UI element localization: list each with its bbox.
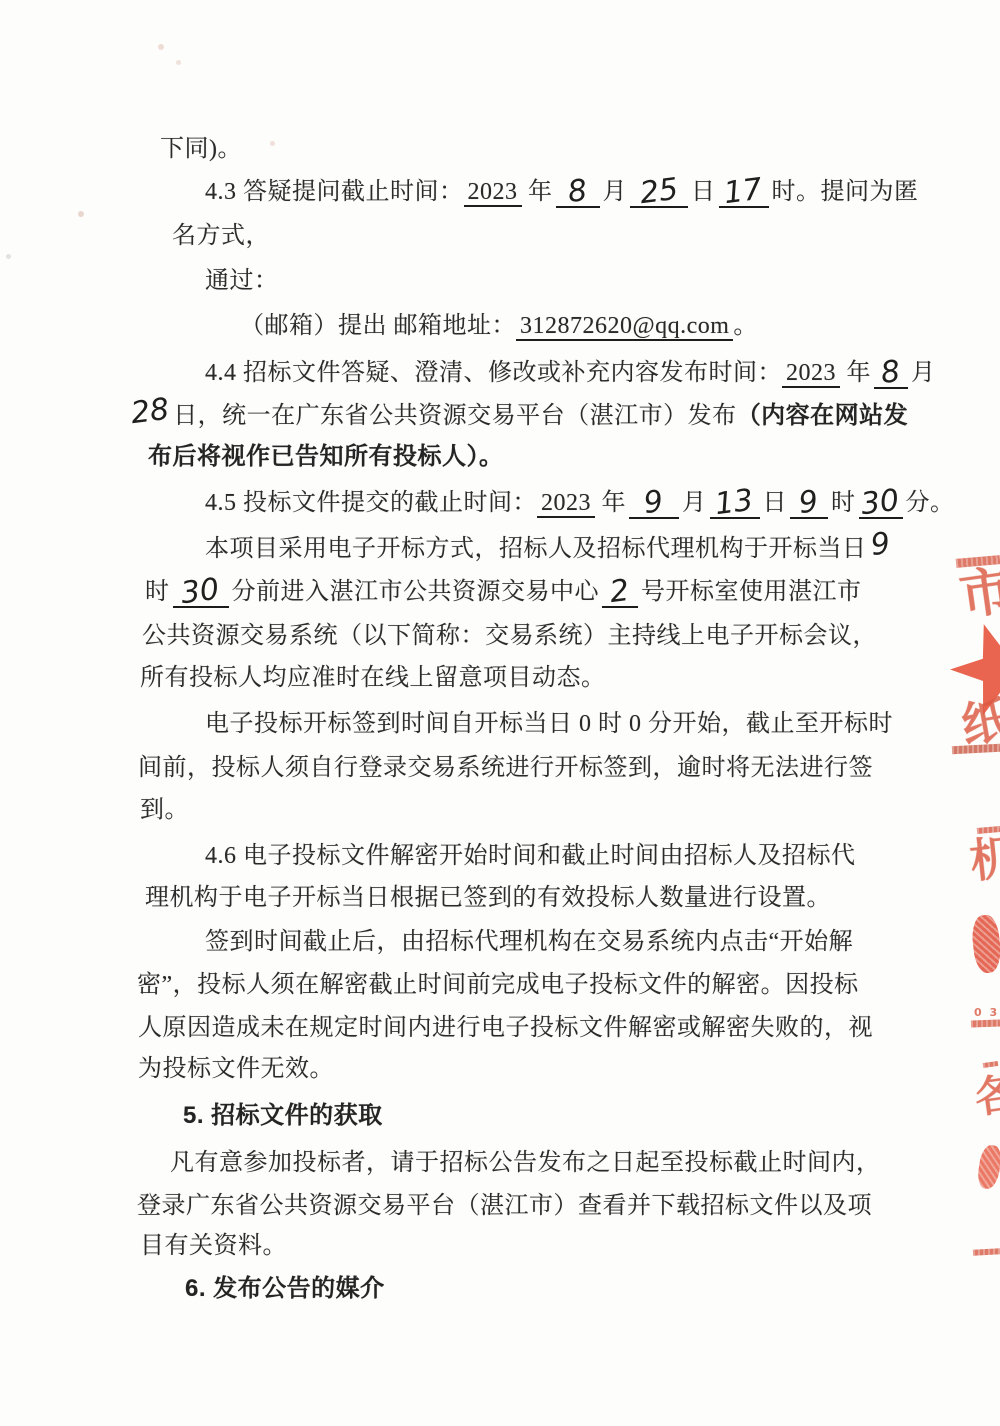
- document-line: 4.5 投标文件提交的截止时间：2023 年9月13日9时30分。: [205, 487, 955, 519]
- red-seal-bar-fragment: [983, 1061, 999, 1068]
- printed-text: 所有投标人均应准时在线上留意项目动态。: [140, 665, 606, 691]
- fill-in-blank: 8: [556, 176, 600, 208]
- document-line: 签到时间截止后，由招标代理机构在交易系统内点击“开始解: [205, 926, 853, 958]
- handwritten-value: 30: [180, 575, 222, 609]
- document-line: 间前，投标人须自行登录交易系统进行开标签到，逾时将无法进行签: [138, 752, 873, 784]
- handwritten-value: 9: [643, 487, 666, 519]
- printed-text: 到。: [140, 797, 189, 823]
- document-line: 下同)。: [160, 133, 242, 165]
- handwritten-value: 13: [714, 486, 756, 520]
- printed-text-bold: 布后将视作已告知所有投标人）。: [148, 443, 504, 470]
- printed-text: 日: [691, 179, 716, 205]
- handwritten-value: 25: [638, 175, 680, 209]
- printed-text: 号开标室使用湛江市: [641, 579, 862, 605]
- printed-text: 通过：: [205, 268, 279, 294]
- printed-text: 年: [595, 490, 626, 516]
- scan-speck: [78, 211, 84, 217]
- handwritten-value: 28: [129, 395, 171, 429]
- printed-text: 目有关资料。: [140, 1233, 287, 1259]
- document-line: 本项目采用电子开标方式，招标人及招标代理机构于开标当日9: [205, 532, 894, 565]
- printed-text: 4.4 招标文件答疑、澄清、修改或补充内容发布时间：: [205, 360, 782, 386]
- underlined-value: 2023: [537, 490, 595, 518]
- handwritten-value: 9: [798, 487, 821, 519]
- document-line: 5. 招标文件的获取: [183, 1100, 383, 1132]
- printed-text-bold: （内容在网站发: [737, 402, 909, 429]
- handwritten-value: 17: [723, 175, 765, 209]
- document-line: 电子投标开标签到时间自开标当日 0 时 0 分开始，截止至开标时: [205, 708, 893, 740]
- red-seal-character-fragment: 市: [957, 565, 1000, 624]
- red-seal-bar-fragment: [977, 826, 1000, 834]
- fill-in-blank: 30: [859, 487, 903, 519]
- handwritten-value: 30: [860, 486, 902, 520]
- document-line: 目有关资料。: [140, 1230, 287, 1262]
- printed-text: 签到时间截止后，由招标代理机构在交易系统内点击“开始解: [205, 929, 853, 955]
- printed-text: 年: [522, 179, 553, 205]
- red-seal-bar-fragment: [956, 555, 1000, 568]
- printed-text: 。: [733, 313, 758, 339]
- document-line: 人原因造成未在规定时间内进行电子投标文件解密或解密失败的，视: [138, 1012, 873, 1044]
- fill-in-blank: 9: [790, 487, 828, 519]
- document-line: 所有投标人均应准时在线上留意项目动态。: [140, 662, 606, 694]
- document-line: 理机构于电子开标当日根据已签到的有效投标人数量进行设置。: [145, 882, 831, 914]
- red-seal-number-fragment: 0 3: [974, 1006, 999, 1019]
- scan-speck: [270, 141, 275, 146]
- printed-text-bold: 6. 发布公告的媒介: [185, 1275, 385, 1302]
- red-seal-character-fragment: 机: [968, 834, 1000, 885]
- printed-text: 理机构于电子开标当日根据已签到的有效投标人数量进行设置。: [145, 885, 831, 911]
- printed-text: 公共资源交易系统（以下简称：交易系统）主持线上电子开标会议，: [142, 623, 877, 649]
- scan-speck: [158, 44, 164, 50]
- red-seal-blob-fragment: [970, 914, 1000, 975]
- printed-text: 人原因造成未在规定时间内进行电子投标文件解密或解密失败的，视: [138, 1015, 873, 1041]
- red-seal-bar-fragment: [973, 1248, 1000, 1255]
- fill-in-blank: 30: [173, 576, 229, 608]
- document-line: 为投标文件无效。: [138, 1053, 334, 1085]
- document-line: 密”，投标人须在解密截止时间前完成电子投标文件的解密。因投标: [137, 969, 859, 1001]
- document-line: 登录广东省公共资源交易平台（湛江市）查看并下载招标文件以及项: [137, 1190, 872, 1222]
- document-line: 4.6 电子投标文件解密开始时间和截止时间由招标人及招标代: [205, 840, 856, 872]
- printed-text: （邮箱）提出 邮箱地址：: [240, 313, 516, 339]
- handwritten-value: 9: [869, 529, 892, 561]
- red-seal-character-fragment: 纸: [958, 696, 1000, 752]
- red-seal-blob-fragment: [976, 1144, 1000, 1190]
- red-seal-character-fragment: 各: [972, 1072, 1000, 1119]
- printed-text: 时。提问为匿: [772, 179, 919, 205]
- document-line: 4.3 答疑提问截止时间：2023 年8月25日17时。提问为匿: [205, 176, 919, 208]
- document-line: 名方式，: [172, 220, 270, 252]
- underlined-value: 2023: [464, 179, 522, 207]
- printed-text: 时: [831, 490, 856, 516]
- fill-in-blank: 25: [630, 176, 688, 208]
- printed-text: 分。: [906, 490, 955, 516]
- document-line: 通过：: [205, 265, 279, 297]
- underlined-value: 2023: [782, 360, 840, 388]
- underlined-value: 312872620@qq.com: [516, 313, 733, 341]
- printed-text: 登录广东省公共资源交易平台（湛江市）查看并下载招标文件以及项: [137, 1193, 872, 1219]
- document-line: 公共资源交易系统（以下简称：交易系统）主持线上电子开标会议，: [142, 620, 877, 652]
- fill-in-blank: 9: [629, 487, 679, 519]
- fill-in-blank: 17: [719, 176, 769, 208]
- scan-speck: [6, 254, 11, 259]
- document-line: （邮箱）提出 邮箱地址： 312872620@qq.com 。: [240, 310, 758, 342]
- document-line: 时30分前进入湛江市公共资源交易中心2号开标室使用湛江市: [145, 576, 862, 608]
- printed-text: 本项目采用电子开标方式，招标人及招标代理机构于开标当日: [205, 536, 867, 562]
- printed-text: 分前进入湛江市公共资源交易中心: [232, 579, 600, 605]
- red-seal-bar-fragment: [952, 744, 1000, 755]
- printed-text: 4.5 投标文件提交的截止时间：: [205, 490, 537, 516]
- document-line: 28日，统一在广东省公共资源交易平台（湛江市）发布（内容在网站发: [127, 399, 908, 432]
- document-line: 4.4 招标文件答疑、澄清、修改或补充内容发布时间：2023 年8月: [205, 357, 936, 389]
- fill-in-blank: 8: [874, 357, 908, 389]
- printed-text: 下同)。: [160, 136, 242, 162]
- printed-text: 月: [682, 490, 707, 516]
- document-page: 下同)。4.3 答疑提问截止时间：2023 年8月25日17时。提问为匿名方式，…: [0, 0, 1000, 1426]
- printed-text: 日，统一在广东省公共资源交易平台（湛江市）发布: [173, 403, 737, 429]
- printed-text: 月: [911, 360, 936, 386]
- printed-text: 凡有意参加投标者，请于招标公告发布之日起至投标截止时间内，: [170, 1150, 881, 1176]
- printed-text-bold: 5. 招标文件的获取: [183, 1102, 383, 1129]
- document-line: 布后将视作已告知所有投标人）。: [148, 441, 504, 473]
- printed-text: 间前，投标人须自行登录交易系统进行开标签到，逾时将无法进行签: [138, 755, 873, 781]
- printed-text: 时: [145, 579, 170, 605]
- printed-text: 电子投标开标签到时间自开标当日 0 时 0 分开始，截止至开标时: [205, 711, 893, 737]
- handwritten-value: 8: [566, 176, 589, 208]
- scan-speck: [176, 60, 181, 65]
- printed-text: 月: [603, 179, 628, 205]
- document-line: 6. 发布公告的媒介: [185, 1273, 385, 1305]
- printed-text: 日: [763, 490, 788, 516]
- handwritten-value: 8: [880, 357, 903, 389]
- printed-text: 密”，投标人须在解密截止时间前完成电子投标文件的解密。因投标: [137, 972, 859, 998]
- printed-text: 4.6 电子投标文件解密开始时间和截止时间由招标人及招标代: [205, 843, 856, 869]
- printed-text: 名方式，: [172, 223, 270, 249]
- fill-in-blank: 13: [710, 487, 760, 519]
- handwritten-value: 2: [609, 576, 632, 608]
- red-seal-bar-fragment: [971, 1019, 1000, 1027]
- fill-in-blank: 2: [602, 576, 638, 608]
- printed-text: 为投标文件无效。: [138, 1056, 334, 1082]
- red-star-stamp-icon: [950, 620, 1000, 721]
- document-line: 凡有意参加投标者，请于招标公告发布之日起至投标截止时间内，: [170, 1147, 881, 1179]
- printed-text: 年: [840, 360, 871, 386]
- printed-text: 4.3 答疑提问截止时间：: [205, 179, 464, 205]
- document-line: 到。: [140, 794, 189, 826]
